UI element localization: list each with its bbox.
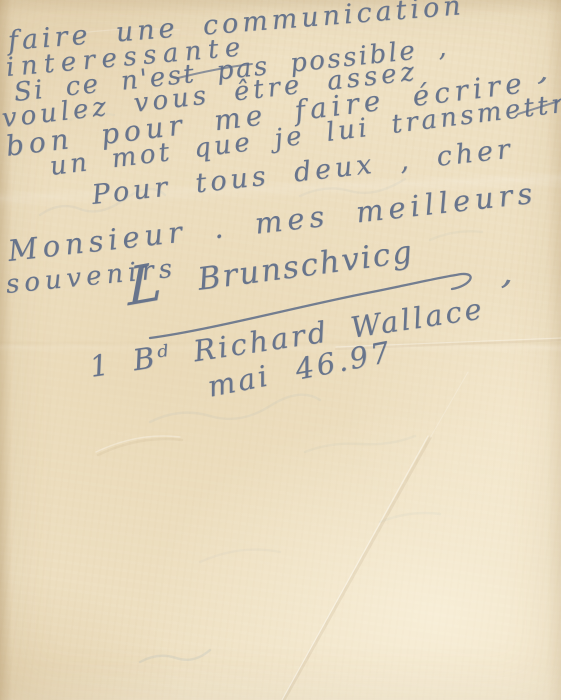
letter-photo: faire une communication interessante Si … (0, 0, 561, 700)
signature-initial: L (128, 252, 162, 319)
flourish-tail (178, 64, 252, 78)
handwriting: faire une communication interessante Si … (0, 0, 561, 700)
flourish-tail (518, 101, 559, 114)
